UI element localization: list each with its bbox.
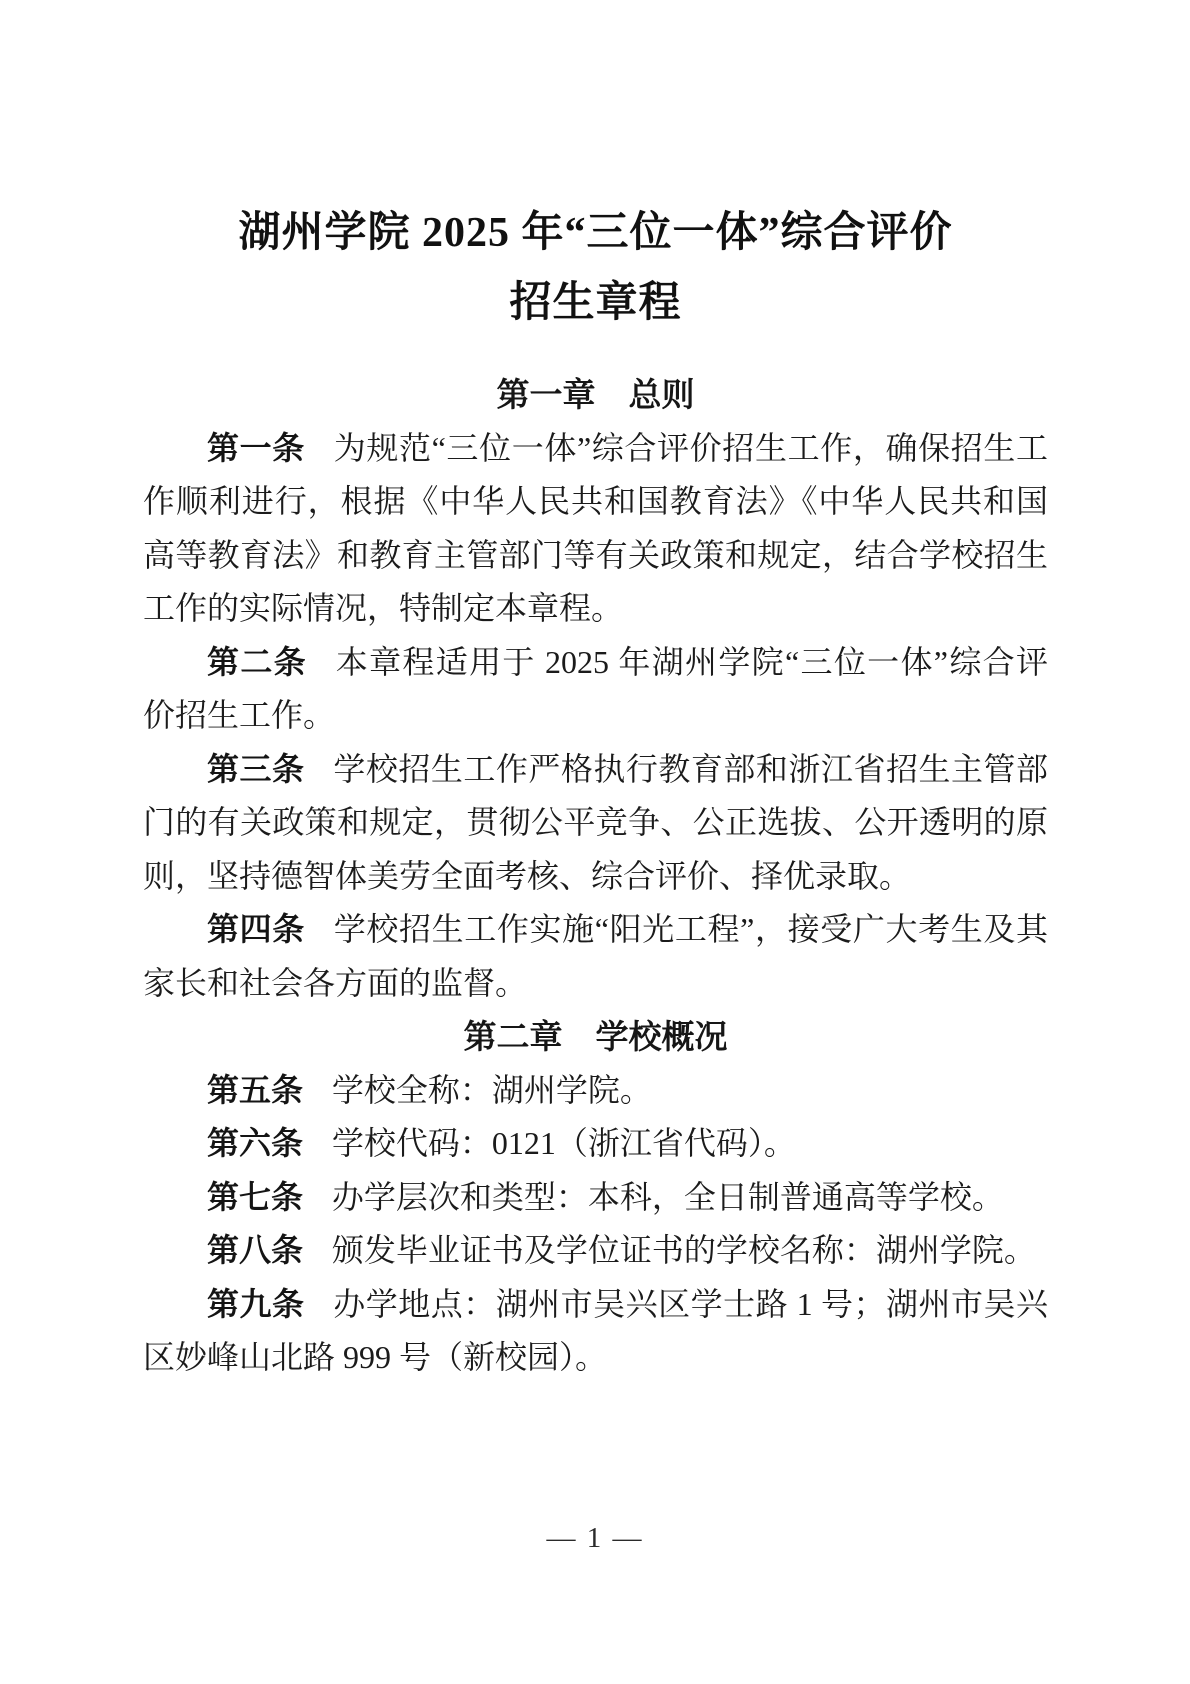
article-7-text: 办学层次和类型：本科，全日制普通高等学校。 — [332, 1179, 1004, 1215]
article-5-text: 学校全称：湖州学院。 — [332, 1072, 652, 1108]
document-content: 湖州学院 2025 年“三位一体”综合评价 招生章程 第一章 总则 第一条为规范… — [0, 0, 1190, 1385]
article-1-label: 第一条 — [207, 430, 305, 466]
article-8: 第八条颁发毕业证书及学位证书的学校名称：湖州学院。 — [143, 1224, 1048, 1278]
article-1: 第一条为规范“三位一体”综合评价招生工作，确保招生工作顺利进行，根据《中华人民共… — [143, 422, 1048, 636]
document-title: 湖州学院 2025 年“三位一体”综合评价 招生章程 — [143, 198, 1048, 338]
article-7-label: 第七条 — [207, 1179, 303, 1215]
article-8-text: 颁发毕业证书及学位证书的学校名称：湖州学院。 — [332, 1232, 1036, 1268]
article-8-label: 第八条 — [207, 1232, 303, 1268]
article-4: 第四条学校招生工作实施“阳光工程”，接受广大考生及其家长和社会各方面的监督。 — [143, 903, 1048, 1010]
document-title-line-1: 湖州学院 2025 年“三位一体”综合评价 — [143, 198, 1048, 268]
document-body: 第一章 总则 第一条为规范“三位一体”综合评价招生工作，确保招生工作顺利进行，根… — [143, 368, 1048, 1385]
article-3-label: 第三条 — [207, 751, 305, 787]
article-5-label: 第五条 — [207, 1072, 303, 1108]
document-title-line-2: 招生章程 — [143, 268, 1048, 338]
article-5: 第五条学校全称：湖州学院。 — [143, 1064, 1048, 1118]
article-9: 第九条办学地点：湖州市吴兴区学士路 1 号；湖州市吴兴区妙峰山北路 999 号（… — [143, 1278, 1048, 1385]
article-6: 第六条学校代码：0121（浙江省代码）。 — [143, 1117, 1048, 1171]
article-2-label: 第二条 — [207, 644, 307, 680]
chapter-2-heading: 第二章 学校概况 — [143, 1010, 1048, 1064]
page-number: — 1 — — [0, 1522, 1190, 1555]
article-7: 第七条办学层次和类型：本科，全日制普通高等学校。 — [143, 1171, 1048, 1225]
article-6-label: 第六条 — [207, 1125, 303, 1161]
article-9-label: 第九条 — [207, 1286, 304, 1322]
article-3: 第三条学校招生工作严格执行教育部和浙江省招生主管部门的有关政策和规定，贯彻公平竞… — [143, 743, 1048, 904]
document-page: 湖州学院 2025 年“三位一体”综合评价 招生章程 第一章 总则 第一条为规范… — [0, 0, 1190, 1684]
article-2: 第二条本章程适用于 2025 年湖州学院“三位一体”综合评价招生工作。 — [143, 636, 1048, 743]
article-6-text: 学校代码：0121（浙江省代码）。 — [332, 1125, 796, 1161]
chapter-1-heading: 第一章 总则 — [143, 368, 1048, 422]
article-4-label: 第四条 — [207, 911, 305, 947]
